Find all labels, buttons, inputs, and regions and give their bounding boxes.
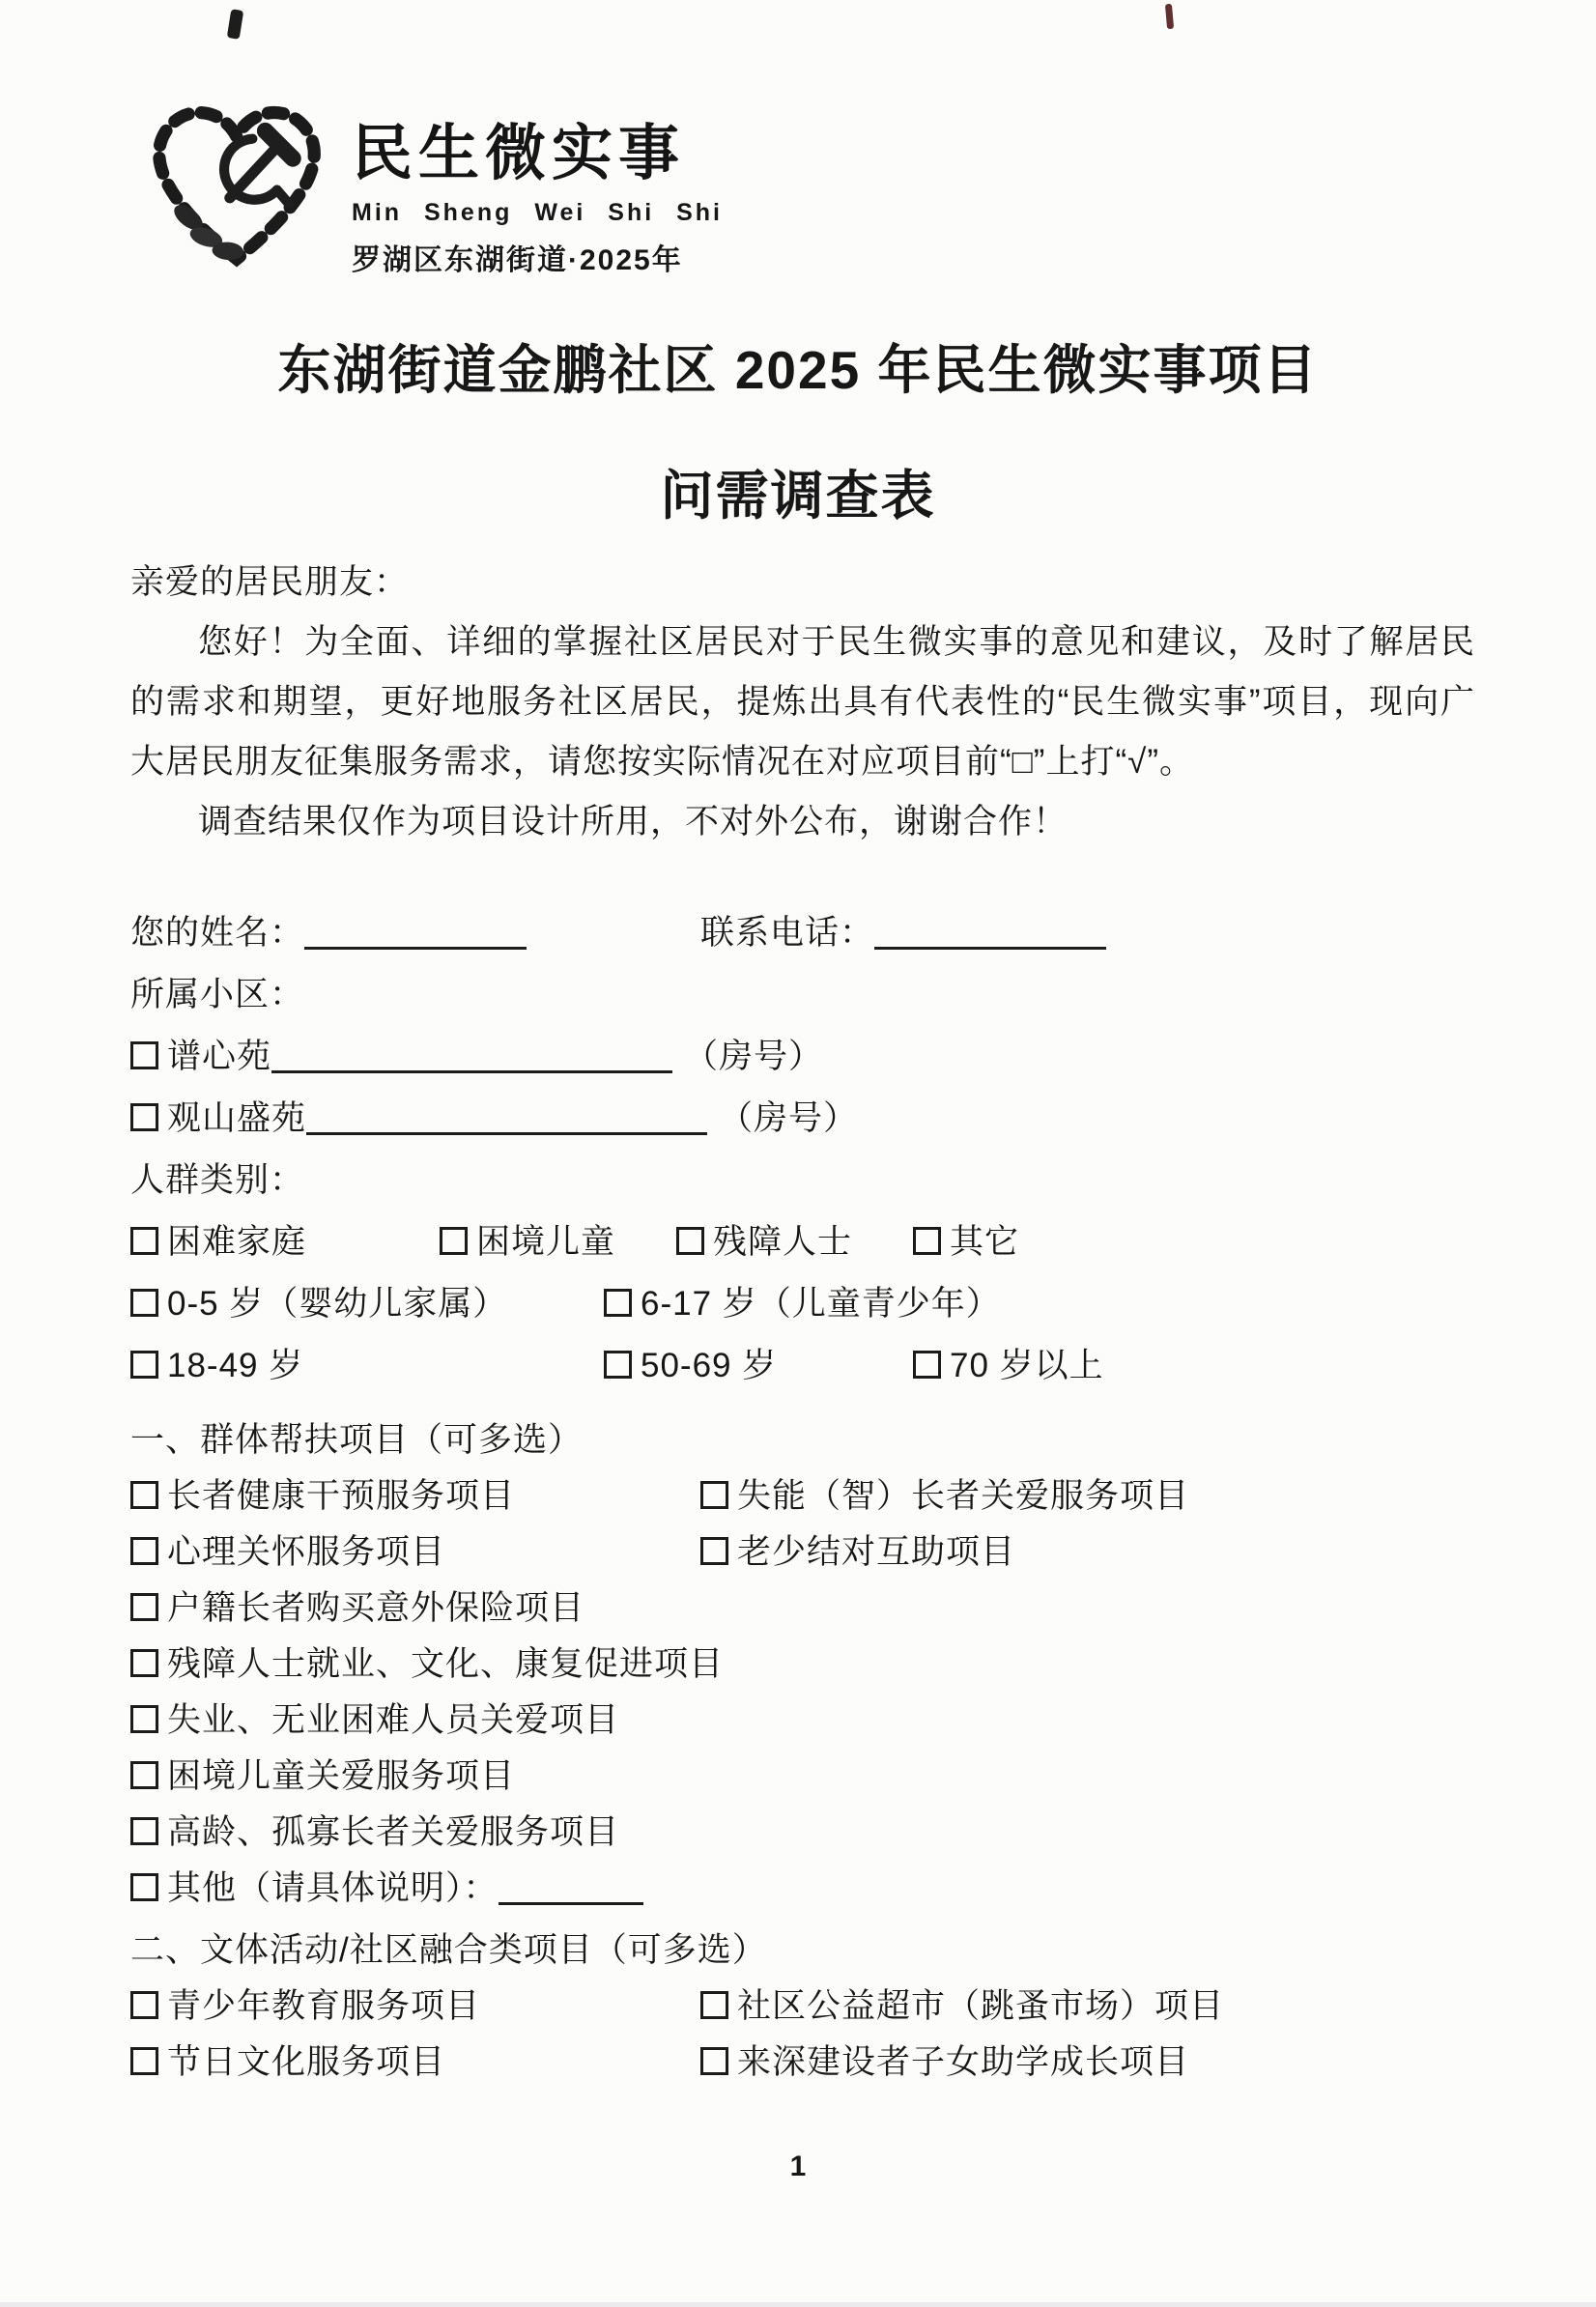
project-option[interactable]: 高龄、孤寡长者关爱服务项目 bbox=[130, 1813, 619, 1851]
checkbox[interactable] bbox=[913, 1227, 941, 1255]
checkbox[interactable] bbox=[130, 1649, 158, 1677]
scan-artifact bbox=[227, 9, 244, 40]
checkbox[interactable] bbox=[130, 1227, 158, 1255]
group-option[interactable]: 其它 bbox=[913, 1223, 1019, 1261]
project-option-label: 青少年教育服务项目 bbox=[167, 1987, 480, 2025]
community-label-row: 所属小区： bbox=[130, 964, 1475, 1026]
group-option[interactable]: 0-5 岁（婴幼儿家属） bbox=[130, 1273, 604, 1335]
checkbox[interactable] bbox=[700, 1481, 728, 1509]
phone-input-line[interactable] bbox=[874, 928, 1106, 950]
project-option-label: 社区公益超市（跳蚤市场）项目 bbox=[737, 1987, 1224, 2025]
project-option[interactable]: 户籍长者购买意外保险项目 bbox=[130, 1589, 584, 1627]
room-number-line[interactable] bbox=[306, 1114, 707, 1135]
room-number-line[interactable] bbox=[271, 1052, 672, 1073]
group-option-label: 困难家庭 bbox=[167, 1223, 306, 1261]
group-option[interactable]: 困难家庭 bbox=[130, 1211, 440, 1273]
project-option-label: 来深建设者子女助学成长项目 bbox=[737, 2043, 1189, 2081]
community-label: 所属小区： bbox=[130, 976, 304, 1013]
checkbox[interactable] bbox=[700, 2047, 728, 2075]
phone-label: 联系电话： bbox=[700, 914, 874, 952]
checkbox[interactable] bbox=[604, 1289, 632, 1317]
checkbox[interactable] bbox=[130, 1041, 158, 1069]
project-option-row: 高龄、孤寡长者关爱服务项目 bbox=[130, 1805, 1475, 1861]
project-option-row: 节日文化服务项目来深建设者子女助学成长项目 bbox=[130, 2035, 1475, 2091]
checkbox[interactable] bbox=[130, 1481, 158, 1509]
project-option-row: 青少年教育服务项目社区公益超市（跳蚤市场）项目 bbox=[130, 1979, 1475, 2035]
group-option-label: 其它 bbox=[950, 1223, 1019, 1261]
project-option[interactable]: 失业、无业困难人员关爱项目 bbox=[130, 1701, 619, 1739]
section-heading: 一、群体帮扶项目（可多选） bbox=[130, 1412, 1475, 1468]
project-option[interactable]: 困境儿童关爱服务项目 bbox=[130, 1757, 515, 1795]
other-input-line[interactable] bbox=[499, 1884, 643, 1905]
group-option[interactable]: 残障人士 bbox=[676, 1211, 913, 1273]
checkbox[interactable] bbox=[130, 1593, 158, 1621]
project-option-label: 残障人士就业、文化、康复促进项目 bbox=[167, 1645, 724, 1683]
group-option-label: 残障人士 bbox=[713, 1223, 852, 1261]
project-option-row: 心理关怀服务项目老少结对互助项目 bbox=[130, 1524, 1475, 1581]
group-option[interactable]: 70 岁以上 bbox=[913, 1347, 1104, 1384]
checkbox[interactable] bbox=[130, 1991, 158, 2019]
section-group-support: 一、群体帮扶项目（可多选） 长者健康干预服务项目失能（智）长者关爱服务项目 心理… bbox=[130, 1412, 1475, 1917]
scan-artifact bbox=[1165, 4, 1174, 30]
checkbox[interactable] bbox=[700, 1537, 728, 1565]
greeting: 亲爱的居民朋友： bbox=[130, 553, 1475, 612]
logo-title: 民生微实事 bbox=[352, 124, 723, 185]
project-option[interactable]: 长者健康干预服务项目 bbox=[130, 1468, 700, 1524]
group-row-2: 0-5 岁（婴幼儿家属）6-17 岁（儿童青少年） bbox=[130, 1273, 1475, 1335]
other-option-row: 其他（请具体说明）： bbox=[130, 1861, 1475, 1917]
checkbox[interactable] bbox=[440, 1227, 468, 1255]
group-option-label: 困境儿童 bbox=[476, 1223, 615, 1261]
project-option-label: 高龄、孤寡长者关爱服务项目 bbox=[167, 1813, 619, 1851]
group-option-label: 6-17 岁（儿童青少年） bbox=[641, 1285, 1001, 1323]
form-title: 东湖街道金鹏社区 2025 年民生微实事项目 问需调查表 bbox=[58, 307, 1538, 558]
community-option-row: 观山盛苑（房号） bbox=[130, 1088, 1475, 1150]
form-body: 亲爱的居民朋友： 您好！为全面、详细的掌握社区居民对于民生微实事的意见和建议，及… bbox=[130, 553, 1475, 2091]
project-option[interactable]: 失能（智）长者关爱服务项目 bbox=[700, 1477, 1189, 1515]
checkbox[interactable] bbox=[130, 1289, 158, 1317]
checkbox[interactable] bbox=[130, 2047, 158, 2075]
project-option-label: 户籍长者购买意外保险项目 bbox=[167, 1589, 584, 1627]
project-option[interactable]: 老少结对互助项目 bbox=[700, 1533, 1015, 1571]
other-option-label: 其他（请具体说明）： bbox=[167, 1869, 499, 1907]
name-input-line[interactable] bbox=[304, 928, 527, 950]
project-option[interactable]: 社区公益超市（跳蚤市场）项目 bbox=[700, 1987, 1224, 2025]
community-option[interactable]: 观山盛苑 bbox=[130, 1099, 306, 1137]
checkbox[interactable] bbox=[130, 1351, 158, 1379]
checkbox[interactable] bbox=[130, 1817, 158, 1845]
group-option[interactable]: 50-69 岁 bbox=[604, 1335, 913, 1397]
community-option-label: 谱心苑 bbox=[167, 1038, 271, 1075]
group-option-label: 50-69 岁 bbox=[641, 1347, 777, 1384]
checkbox[interactable] bbox=[676, 1227, 704, 1255]
intro-paragraph: 您好！为全面、详细的掌握社区居民对于民生微实事的意见和建议，及时了解居民的需求和… bbox=[130, 612, 1475, 792]
hammer-sickle-icon bbox=[224, 131, 293, 204]
name-phone-row: 您的姓名：联系电话： bbox=[130, 902, 1475, 964]
section-heading: 二、文体活动/社区融合类项目（可多选） bbox=[130, 1922, 1475, 1979]
group-row-3: 18-49 岁50-69 岁70 岁以上 bbox=[130, 1335, 1475, 1397]
checkbox[interactable] bbox=[130, 1705, 158, 1733]
program-logo: 民生微实事 Min Sheng Wei Shi Shi 罗湖区东湖街道·2025… bbox=[133, 81, 723, 284]
group-row-1: 困难家庭困境儿童残障人士其它 bbox=[130, 1211, 1475, 1273]
group-option-label: 70 岁以上 bbox=[950, 1347, 1104, 1384]
project-option-row: 困境儿童关爱服务项目 bbox=[130, 1749, 1475, 1805]
project-option[interactable]: 青少年教育服务项目 bbox=[130, 1979, 700, 2035]
project-option[interactable]: 来深建设者子女助学成长项目 bbox=[700, 2043, 1189, 2081]
name-label: 您的姓名： bbox=[130, 914, 304, 952]
community-option[interactable]: 谱心苑 bbox=[130, 1038, 271, 1075]
group-option-label: 0-5 岁（婴幼儿家属） bbox=[167, 1285, 507, 1323]
scan-bottom-edge bbox=[0, 2302, 1596, 2307]
group-option[interactable]: 困境儿童 bbox=[440, 1211, 676, 1273]
checkbox[interactable] bbox=[130, 1761, 158, 1789]
community-option-row: 谱心苑（房号） bbox=[130, 1026, 1475, 1088]
project-option-label: 困境儿童关爱服务项目 bbox=[167, 1757, 515, 1795]
project-option[interactable]: 节日文化服务项目 bbox=[130, 2035, 700, 2091]
checkbox[interactable] bbox=[130, 1103, 158, 1131]
project-option-row: 长者健康干预服务项目失能（智）长者关爱服务项目 bbox=[130, 1468, 1475, 1524]
community-option-label: 观山盛苑 bbox=[167, 1099, 306, 1137]
project-option-label: 老少结对互助项目 bbox=[737, 1533, 1015, 1571]
respondent-fields: 您的姓名：联系电话： 所属小区： 谱心苑（房号） 观山盛苑（房号） 人群类别： … bbox=[130, 902, 1475, 1397]
page-number: 1 bbox=[0, 2150, 1596, 2183]
project-option-row: 户籍长者购买意外保险项目 bbox=[130, 1581, 1475, 1637]
project-option[interactable]: 残障人士就业、文化、康复促进项目 bbox=[130, 1645, 724, 1683]
checkbox[interactable] bbox=[700, 1991, 728, 2019]
intro-note: 调查结果仅作为项目设计所用，不对外公布，谢谢合作！ bbox=[130, 792, 1475, 852]
checkbox[interactable] bbox=[913, 1351, 941, 1379]
group-option[interactable]: 6-17 岁（儿童青少年） bbox=[604, 1285, 1001, 1323]
project-option-row: 残障人士就业、文化、康复促进项目 bbox=[130, 1637, 1475, 1693]
form-title-line2: 问需调查表 bbox=[660, 466, 935, 526]
project-option[interactable]: 心理关怀服务项目 bbox=[130, 1524, 700, 1581]
project-option-label: 失业、无业困难人员关爱项目 bbox=[167, 1701, 619, 1739]
project-option-other[interactable]: 其他（请具体说明）： bbox=[130, 1869, 499, 1907]
group-label-row: 人群类别： bbox=[130, 1150, 1475, 1211]
group-option[interactable]: 18-49 岁 bbox=[130, 1335, 604, 1397]
form-title-line1: 东湖街道金鹏社区 2025 年民生微实事项目 bbox=[278, 340, 1319, 400]
checkbox[interactable] bbox=[130, 1537, 158, 1565]
project-option-label: 心理关怀服务项目 bbox=[167, 1533, 445, 1571]
project-option-label: 节日文化服务项目 bbox=[167, 2043, 445, 2081]
room-number-suffix: （房号） bbox=[719, 1099, 858, 1137]
project-option-label: 长者健康干预服务项目 bbox=[167, 1477, 515, 1515]
heart-wreath-icon bbox=[133, 81, 340, 284]
project-option-label: 失能（智）长者关爱服务项目 bbox=[737, 1477, 1189, 1515]
room-number-suffix: （房号） bbox=[684, 1038, 823, 1075]
group-option-label: 18-49 岁 bbox=[167, 1347, 303, 1384]
group-label: 人群类别： bbox=[130, 1161, 304, 1199]
project-option-row: 失业、无业困难人员关爱项目 bbox=[130, 1693, 1475, 1749]
checkbox[interactable] bbox=[604, 1351, 632, 1379]
logo-subtitle: 罗湖区东湖街道·2025年 bbox=[352, 236, 723, 278]
section-culture-activities: 二、文体活动/社区融合类项目（可多选） 青少年教育服务项目社区公益超市（跳蚤市场… bbox=[130, 1922, 1475, 2091]
checkbox[interactable] bbox=[130, 1873, 158, 1901]
logo-pinyin: Min Sheng Wei Shi Shi bbox=[352, 199, 723, 227]
